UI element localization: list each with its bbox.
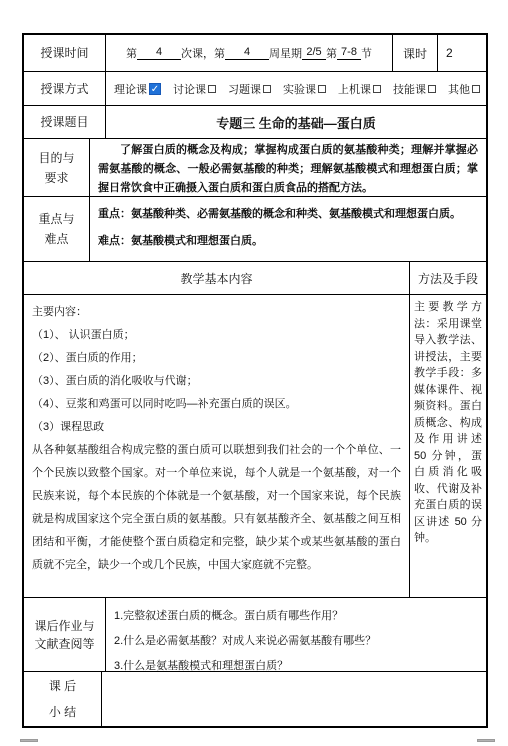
checkbox-icon[interactable] xyxy=(373,85,381,93)
class-time-value: 第 4 次课，第 4 周星期 2/5 第 7-8 节 xyxy=(106,35,393,71)
objective-label-line2: 要求 xyxy=(44,168,68,188)
keypoints-text: 重点：氨基酸种类、必需氨基酸的概念和种类、氨基酸模式和理想蛋白质。 难点：氨基酸… xyxy=(90,197,486,261)
content-item: （3）课程思政 xyxy=(32,416,401,439)
option-theory-label: 理论课 xyxy=(114,81,147,97)
keypoints-label-line2: 难点 xyxy=(44,229,68,249)
keypoints-label: 重点与 难点 xyxy=(24,197,90,261)
option-experiment[interactable]: 实验课 xyxy=(283,81,326,97)
content-item: （4）、豆浆和鸡蛋可以同时吃吗—补充蛋白质的误区。 xyxy=(32,393,401,416)
class-time-label: 授课时间 xyxy=(24,35,106,71)
checkbox-icon[interactable] xyxy=(318,85,326,93)
row-content-header: 教学基本内容 方法及手段 xyxy=(24,262,486,295)
homework-items: 1.完整叙述蛋白质的概念。蛋白质有哪些作用？ 2.什么是必需氨基酸？对成人来说必… xyxy=(106,598,486,671)
ideology-paragraph: 从各种氨基酸组合构成完整的蛋白质可以联想到我们社会的一个个单位、一个个民族以致整… xyxy=(32,439,401,577)
keypoints-focus: 重点：氨基酸种类、必需氨基酸的概念和种类、氨基酸模式和理想蛋白质。 xyxy=(98,201,478,228)
time-suffix: 节 xyxy=(361,45,372,61)
scrollbar-fragment-right xyxy=(477,739,495,742)
time-mid3: 第 xyxy=(326,45,337,61)
period-blank: 7-8 xyxy=(337,46,361,60)
class-topic-label: 授课题目 xyxy=(24,106,106,138)
scrollbar-fragment-left xyxy=(20,739,38,742)
option-other[interactable]: 其他 xyxy=(448,81,480,97)
class-method-label: 授课方式 xyxy=(24,72,106,105)
row-summary: 课 后 小 结 xyxy=(24,672,486,726)
hours-value: 2 xyxy=(438,35,486,71)
summary-label: 课 后 小 结 xyxy=(24,672,102,726)
content-header-left: 教学基本内容 xyxy=(24,262,410,294)
row-class-time: 授课时间 第 4 次课，第 4 周星期 2/5 第 7-8 节 课时 2 xyxy=(24,35,486,72)
week-number-blank: 4 xyxy=(225,46,269,60)
objective-text: 了解蛋白质的概念及构成；掌握构成蛋白质的氨基酸种类；理解并掌握必需氨基酸的概念、… xyxy=(90,139,486,196)
objective-label-line1: 目的与 xyxy=(38,148,74,168)
row-class-topic: 授课题目 专题三 生命的基础—蛋白质 xyxy=(24,106,486,139)
checkbox-icon[interactable] xyxy=(263,85,271,93)
summary-label-line2: 小 结 xyxy=(49,699,76,725)
option-skill[interactable]: 技能课 xyxy=(393,81,436,97)
option-experiment-label: 实验课 xyxy=(283,81,316,97)
content-intro: 主要内容： xyxy=(32,301,401,324)
checkbox-icon[interactable] xyxy=(208,85,216,93)
row-homework: 课后作业与文献查阅等 1.完整叙述蛋白质的概念。蛋白质有哪些作用？ 2.什么是必… xyxy=(24,598,486,672)
content-item: （1）、 认识蛋白质； xyxy=(32,324,401,347)
option-computer[interactable]: 上机课 xyxy=(338,81,381,97)
checkbox-checked-icon[interactable]: ✓ xyxy=(149,83,161,95)
content-header-right: 方法及手段 xyxy=(410,262,486,294)
time-mid2: 周星期 xyxy=(269,45,302,61)
content-item: （2）、蛋白质的作用； xyxy=(32,347,401,370)
content-item: （3）、蛋白质的消化吸收与代谢； xyxy=(32,370,401,393)
row-main-content: 主要内容： （1）、 认识蛋白质； （2）、蛋白质的作用； （3）、蛋白质的消化… xyxy=(24,295,486,598)
checkbox-icon[interactable] xyxy=(472,85,480,93)
summary-content xyxy=(102,672,486,726)
row-keypoints: 重点与 难点 重点：氨基酸种类、必需氨基酸的概念和种类、氨基酸模式和理想蛋白质。… xyxy=(24,197,486,262)
summary-label-line1: 课 后 xyxy=(49,673,76,699)
class-method-options: 理论课 ✓ 讨论课 习题课 实验课 上机课 xyxy=(106,72,486,105)
class-topic-title: 专题三 生命的基础—蛋白质 xyxy=(106,106,486,138)
methods-and-means: 主要教学方法：采用课堂导入教学法、讲授法，主要教学手段：多媒体课件、视频资料。蛋… xyxy=(410,295,486,597)
row-class-method: 授课方式 理论课 ✓ 讨论课 习题课 实验课 xyxy=(24,72,486,106)
hours-label: 课时 xyxy=(393,35,438,71)
lesson-plan-page: 授课时间 第 4 次课，第 4 周星期 2/5 第 7-8 节 课时 2 授课方… xyxy=(0,0,508,746)
checkbox-icon[interactable] xyxy=(428,85,436,93)
homework-item: 2.什么是必需氨基酸？对成人来说必需氨基酸有哪些？ xyxy=(114,629,478,654)
weekday-blank: 2/5 xyxy=(302,46,326,60)
option-other-label: 其他 xyxy=(448,81,470,97)
keypoints-difficulty: 难点：氨基酸模式和理想蛋白质。 xyxy=(98,228,478,255)
homework-label: 课后作业与文献查阅等 xyxy=(24,598,106,671)
time-mid1: 次课，第 xyxy=(181,45,225,61)
keypoints-label-line1: 重点与 xyxy=(38,209,74,229)
option-exercise-label: 习题课 xyxy=(228,81,261,97)
option-exercise[interactable]: 习题课 xyxy=(228,81,271,97)
option-theory[interactable]: 理论课 ✓ xyxy=(114,81,161,97)
option-computer-label: 上机课 xyxy=(338,81,371,97)
option-discussion[interactable]: 讨论课 xyxy=(173,81,216,97)
option-discussion-label: 讨论课 xyxy=(173,81,206,97)
time-prefix1: 第 xyxy=(126,45,137,61)
option-skill-label: 技能课 xyxy=(393,81,426,97)
homework-item: 1.完整叙述蛋白质的概念。蛋白质有哪些作用？ xyxy=(114,604,478,629)
lesson-number-blank: 4 xyxy=(137,46,181,60)
lesson-plan-table: 授课时间 第 4 次课，第 4 周星期 2/5 第 7-8 节 课时 2 授课方… xyxy=(22,33,488,728)
teaching-content: 主要内容： （1）、 认识蛋白质； （2）、蛋白质的作用； （3）、蛋白质的消化… xyxy=(24,295,410,597)
row-objective: 目的与 要求 了解蛋白质的概念及构成；掌握构成蛋白质的氨基酸种类；理解并掌握必需… xyxy=(24,139,486,197)
objective-label: 目的与 要求 xyxy=(24,139,90,196)
